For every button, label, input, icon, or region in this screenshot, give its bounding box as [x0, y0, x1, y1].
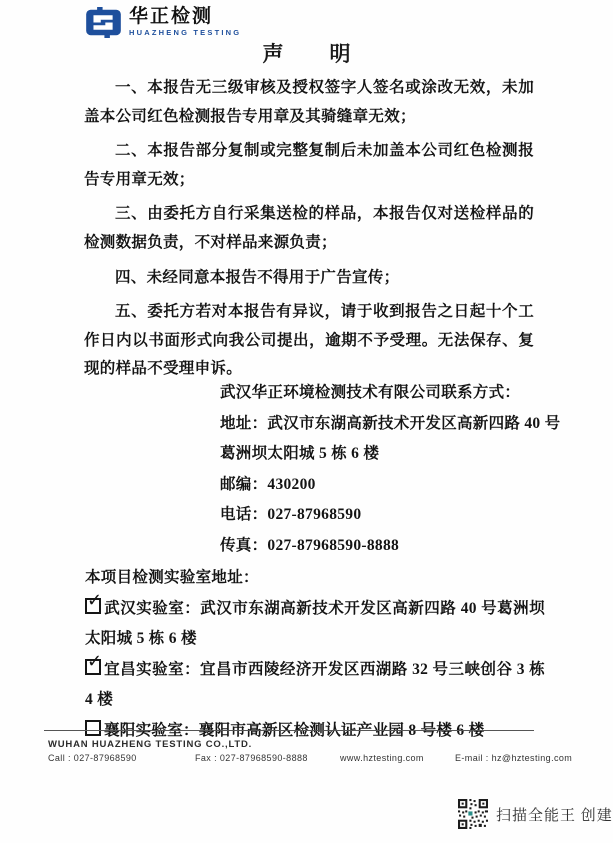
statement-paragraph-5: 五、委托方若对本报告有异议，请于收到报告之日起十个工作日内以书面形式向我公司提出…: [84, 298, 534, 384]
checkbox-checked-icon: ✓: [85, 598, 101, 614]
lab-item-yichang: ✓宜昌实验室：宜昌市西陵经济开发区西湖路 32 号三峡创谷 3 栋 4 楼: [85, 655, 545, 716]
brand-name-en: HUAZHENG TESTING: [129, 29, 241, 37]
footer-call: Call : 027-87968590: [48, 753, 137, 763]
contact-heading: 武汉华正环境检测技术有限公司联系方式：: [220, 378, 580, 409]
contact-block: 武汉华正环境检测技术有限公司联系方式： 地址：武汉市东湖高新技术开发区高新四路 …: [220, 378, 580, 561]
checkbox-unchecked-icon: [85, 720, 101, 736]
qr-code-icon: [458, 799, 488, 829]
labs-block: 本项目检测实验室地址： ✓武汉实验室：武汉市东湖高新技术开发区高新四路 40 号…: [85, 563, 545, 746]
lab-item-wuhan: ✓武汉实验室：武汉市东湖高新技术开发区高新四路 40 号葛洲坝太阳城 5 栋 6…: [85, 594, 545, 655]
contact-phone: 电话：027-87968590: [220, 500, 580, 531]
footer-website: www.hztesting.com: [340, 753, 424, 763]
footer-email: E-mail : hz@hztesting.com: [455, 753, 572, 763]
labs-heading: 本项目检测实验室地址：: [85, 563, 545, 594]
scanner-watermark: 扫描全能王 创建: [458, 799, 613, 829]
lab-item-wuhan-text: 武汉实验室：武汉市东湖高新技术开发区高新四路 40 号葛洲坝太阳城 5 栋 6 …: [85, 600, 545, 648]
statement-paragraph-2: 二、本报告部分复制或完整复制后未加盖本公司红色检测报告专用章无效；: [84, 137, 534, 194]
scanner-watermark-label: 扫描全能王 创建: [496, 804, 613, 825]
footer-fax: Fax : 027-87968590-8888: [195, 753, 308, 763]
statement-paragraph-3: 三、由委托方自行采集送检的样品，本报告仅对送检样品的检测数据负责，不对样品来源负…: [84, 200, 534, 257]
statement-document-page: 华正检测 HUAZHENG TESTING 声明 一、本报告无三级审核及授权签字…: [0, 0, 613, 843]
statement-paragraph-1: 一、本报告无三级审核及授权签字人签名或涂改无效，未加盖本公司红色检测报告专用章及…: [84, 74, 534, 131]
statement-body: 一、本报告无三级审核及授权签字人签名或涂改无效，未加盖本公司红色检测报告专用章及…: [84, 74, 534, 390]
contact-fax: 传真：027-87968590-8888: [220, 531, 580, 562]
contact-address-line2: 葛洲坝太阳城 5 栋 6 楼: [220, 439, 580, 470]
footer-divider: [44, 730, 534, 731]
contact-address-line1: 地址：武汉市东湖高新技术开发区高新四路 40 号: [220, 409, 580, 440]
page-title-char2: 明: [330, 38, 351, 68]
company-logo: 华正检测 HUAZHENG TESTING: [85, 7, 241, 38]
contact-postcode: 邮编：430200: [220, 470, 580, 501]
checkbox-checked-icon: ✓: [85, 659, 101, 675]
statement-paragraph-4: 四、未经同意本报告不得用于广告宣传；: [84, 264, 534, 293]
page-title: 声明: [0, 38, 613, 68]
brand-name-cn: 华正检测: [129, 7, 241, 26]
lab-item-yichang-text: 宜昌实验室：宜昌市西陵经济开发区西湖路 32 号三峡创谷 3 栋 4 楼: [85, 661, 545, 709]
huazheng-logo-icon: [85, 7, 122, 38]
logo-text: 华正检测 HUAZHENG TESTING: [129, 7, 241, 37]
page-title-char1: 声: [263, 38, 284, 68]
footer-company-name: WUHAN HUAZHENG TESTING CO.,LTD.: [48, 739, 252, 750]
